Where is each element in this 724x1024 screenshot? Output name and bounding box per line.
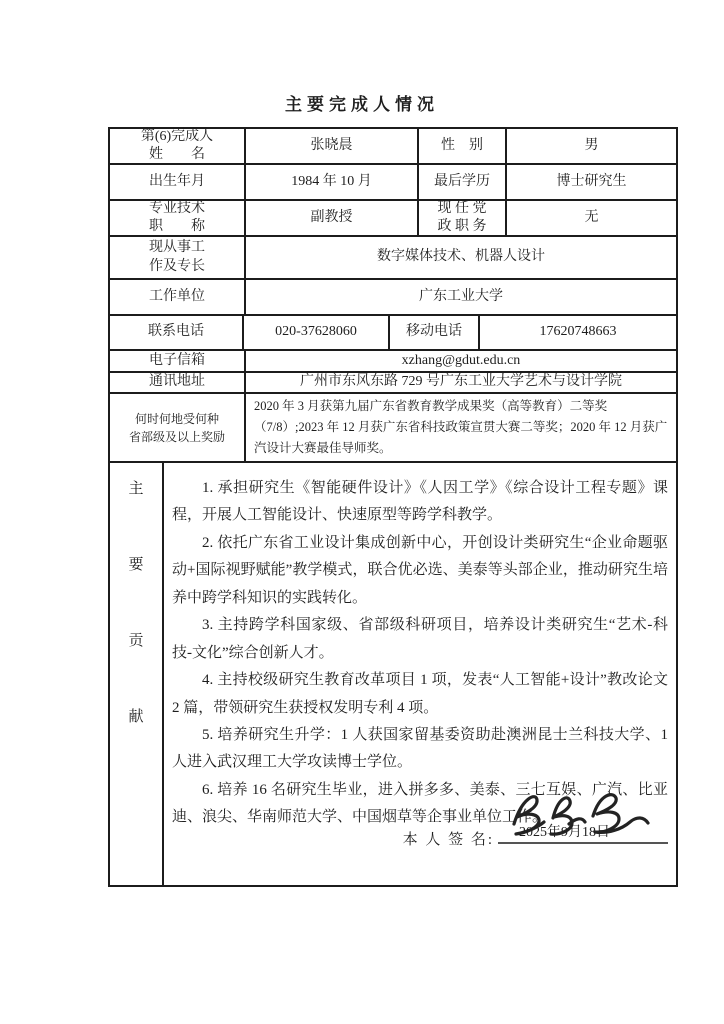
current-work-value: 数字媒体技术、机器人设计 bbox=[246, 237, 676, 278]
employer-value: 广东工业大学 bbox=[246, 280, 676, 314]
contributions-label: 主 要 贡 献 bbox=[110, 463, 164, 885]
party-post-label-line2: 政 职 务 bbox=[438, 218, 487, 236]
mobile-label: 移动电话 bbox=[390, 316, 480, 349]
signature-label: 本 人 签 名: bbox=[403, 832, 494, 848]
party-post-value: 无 bbox=[507, 201, 676, 235]
name-label-line2: 姓 名 bbox=[149, 146, 205, 164]
contribution-paragraph-5: 5. 培养研究生升学：1 人获国家留基委资助赴澳洲昆士兰科技大学、1 人进入武汉… bbox=[172, 722, 668, 777]
completer-info-table: 第(6)完成人 姓 名 张晓晨 性 别 男 出生年月 1984 年 10 月 最… bbox=[108, 127, 678, 887]
contribution-paragraph-3: 3. 主持跨学科国家级、省部级科研项目，培养设计类研究生“艺术-科技-文化”综合… bbox=[172, 612, 668, 667]
table-row: 何时何地受何种 省部级及以上奖励 2020 年 3 月获第九届广东省教育教学成果… bbox=[110, 394, 676, 463]
current-work-label-line1: 现从事工 bbox=[149, 239, 205, 257]
awards-label: 何时何地受何种 省部级及以上奖励 bbox=[110, 394, 246, 461]
table-row: 工作单位 广东工业大学 bbox=[110, 280, 676, 316]
signature-block: 本 人 签 名: 2025年9月18日 bbox=[403, 828, 668, 849]
table-row: 出生年月 1984 年 10 月 最后学历 博士研究生 bbox=[110, 165, 676, 201]
professional-title-value: 副教授 bbox=[246, 201, 419, 235]
phone-label: 联系电话 bbox=[110, 316, 244, 349]
contribution-paragraph-2: 2. 依托广东省工业设计集成创新中心，开创设计类研究生“企业命题驱动+国际视野赋… bbox=[172, 530, 668, 612]
table-row: 专业技术 职 称 副教授 现 任 党 政 职 务 无 bbox=[110, 201, 676, 237]
contributions-content: 1. 承担研究生《智能硬件设计》《人因工学》《综合设计工程专题》课程，开展人工智… bbox=[164, 463, 676, 885]
employer-label: 工作单位 bbox=[110, 280, 246, 314]
awards-value: 2020 年 3 月获第九届广东省教育教学成果奖（高等教育）二等奖（7/8）;2… bbox=[246, 394, 676, 461]
birth-label: 出生年月 bbox=[110, 165, 246, 199]
party-post-label-line1: 现 任 党 bbox=[438, 200, 487, 218]
email-value: xzhang@gdut.edu.cn bbox=[246, 351, 676, 371]
contributions-label-char2: 要 bbox=[128, 553, 143, 574]
professional-title-label-line1: 专业技术 bbox=[149, 200, 205, 218]
mobile-value: 17620748663 bbox=[480, 316, 676, 349]
gender-label: 性 别 bbox=[419, 129, 507, 163]
contributions-label-char4: 献 bbox=[128, 705, 143, 726]
address-value: 广州市东风东路 729 号广东工业大学艺术与设计学院 bbox=[246, 373, 676, 392]
contributions-label-char1: 主 bbox=[128, 477, 143, 498]
phone-value: 020-37628060 bbox=[244, 316, 390, 349]
contribution-paragraph-4: 4. 主持校级研究生教育改革项目 1 项，发表“人工智能+设计”教改论文 2 篇… bbox=[172, 667, 668, 722]
contributions-label-char3: 贡 bbox=[128, 629, 143, 650]
email-label: 电子信箱 bbox=[110, 351, 246, 371]
professional-title-label-line2: 职 称 bbox=[149, 218, 205, 236]
current-work-label-line2: 作及专长 bbox=[149, 258, 205, 276]
awards-label-line2: 省部级及以上奖励 bbox=[129, 428, 225, 446]
current-work-label: 现从事工 作及专长 bbox=[110, 237, 246, 278]
gender-value: 男 bbox=[507, 129, 676, 163]
table-row: 主 要 贡 献 1. 承担研究生《智能硬件设计》《人因工学》《综合设计工程专题》… bbox=[110, 463, 676, 885]
contribution-paragraph-1: 1. 承担研究生《智能硬件设计》《人因工学》《综合设计工程专题》课程，开展人工智… bbox=[172, 475, 668, 530]
page-title: 主要完成人情况 bbox=[0, 90, 724, 115]
party-post-label: 现 任 党 政 职 务 bbox=[419, 201, 507, 235]
awards-label-line1: 何时何地受何种 bbox=[135, 410, 219, 428]
table-row: 现从事工 作及专长 数字媒体技术、机器人设计 bbox=[110, 237, 676, 280]
signature-date: 2025年9月18日 bbox=[519, 821, 610, 841]
table-row: 电子信箱 xzhang@gdut.edu.cn bbox=[110, 351, 676, 373]
name-label-line1: 第(6)完成人 bbox=[141, 128, 213, 146]
degree-label: 最后学历 bbox=[419, 165, 507, 199]
birth-value: 1984 年 10 月 bbox=[246, 165, 419, 199]
address-label: 通讯地址 bbox=[110, 373, 246, 392]
table-row: 联系电话 020-37628060 移动电话 17620748663 bbox=[110, 316, 676, 351]
name-label: 第(6)完成人 姓 名 bbox=[110, 129, 246, 163]
degree-value: 博士研究生 bbox=[507, 165, 676, 199]
table-row: 通讯地址 广州市东风东路 729 号广东工业大学艺术与设计学院 bbox=[110, 373, 676, 394]
name-value: 张晓晨 bbox=[246, 129, 419, 163]
document-page: 主要完成人情况 第(6)完成人 姓 名 张晓晨 性 别 男 出生年月 1984 … bbox=[0, 0, 724, 1024]
table-row: 第(6)完成人 姓 名 张晓晨 性 别 男 bbox=[110, 129, 676, 165]
professional-title-label: 专业技术 职 称 bbox=[110, 201, 246, 235]
